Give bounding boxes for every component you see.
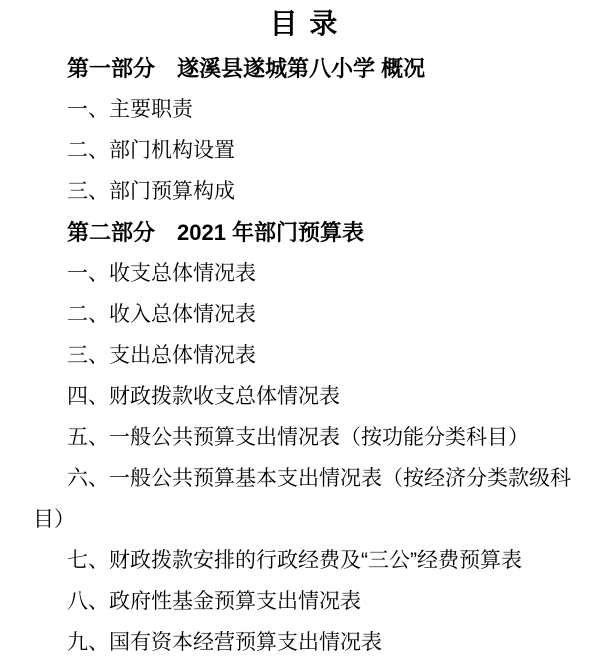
- toc-item: 七、财政拨款安排的行政经费及“三公”经费预算表: [33, 540, 576, 581]
- toc-list: 第一部分 遂溪县遂城第八小学 概况一、主要职责二、部门机构设置三、部门预算构成第…: [33, 48, 576, 663]
- toc-section-heading: 第二部分 2021 年部门预算表: [33, 212, 576, 253]
- toc-item: 二、部门机构设置: [33, 130, 576, 171]
- toc-section-heading: 第一部分 遂溪县遂城第八小学 概况: [33, 48, 576, 89]
- document-page: 目 录 第一部分 遂溪县遂城第八小学 概况一、主要职责二、部门机构设置三、部门预…: [0, 0, 601, 664]
- toc-item: 一、主要职责: [33, 89, 576, 130]
- document-title: 目 录: [33, 6, 576, 42]
- toc-item: 六、一般公共预算基本支出情况表（按经济分类款级科目）: [33, 458, 576, 540]
- toc-item: 九、国有资本经营预算支出情况表: [33, 622, 576, 663]
- toc-item: 四、财政拨款收支总体情况表: [33, 376, 576, 417]
- toc-item: 五、一般公共预算支出情况表（按功能分类科目）: [33, 417, 576, 458]
- toc-item: 一、收支总体情况表: [33, 253, 576, 294]
- toc-item: 八、政府性基金预算支出情况表: [33, 581, 576, 622]
- toc-item: 二、收入总体情况表: [33, 294, 576, 335]
- toc-item: 三、支出总体情况表: [33, 335, 576, 376]
- toc-item: 三、部门预算构成: [33, 171, 576, 212]
